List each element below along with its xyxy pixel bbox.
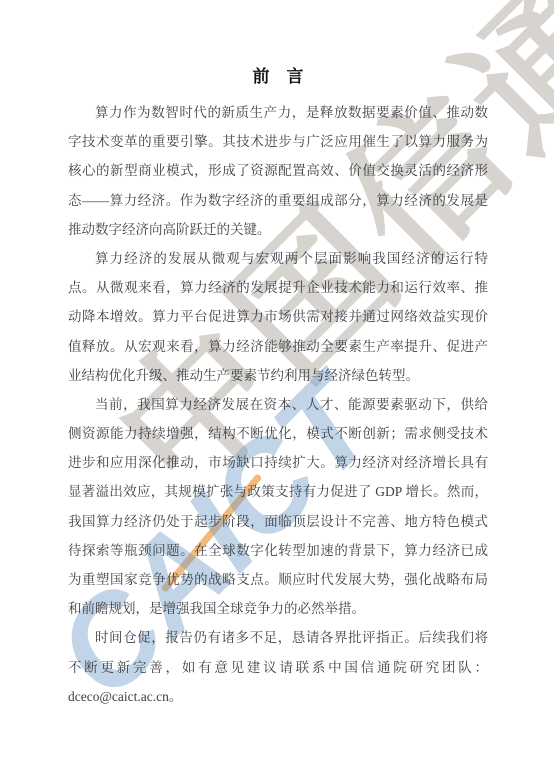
text-line: 点。从微观来看，算力经济的发展提升企业技术能力和运行效率、推 <box>68 273 488 302</box>
text-line: 值释放。从宏观来看，算力经济能够推动全要素生产率提升、促进产 <box>68 332 488 361</box>
text-line: dceco@caict.ac.cn。 <box>68 682 488 711</box>
text-line: 核心的新型商业模式，形成了资源配置高效、价值交换灵活的经济形 <box>68 156 488 185</box>
text-line: 业结构优化升级、推动生产要素节约利用与经济绿色转型。 <box>68 361 488 390</box>
paragraph: 算力经济的发展从微观与宏观两个层面影响我国经济的运行特点。从微观来看，算力经济的… <box>68 244 488 390</box>
text-line: 动降本增效。算力平台促进算力市场供需对接并通过网络效益实现价 <box>68 302 488 331</box>
text-line: 算力作为数智时代的新质生产力，是释放数据要素价值、推动数 <box>68 98 488 127</box>
text-line: 不断更新完善，如有意见建议请联系中国信通院研究团队： <box>68 653 488 682</box>
text-line: 字技术变革的重要引擎。其技术进步与广泛应用催生了以算力服务为 <box>68 127 488 156</box>
text-line: 算力经济的发展从微观与宏观两个层面影响我国经济的运行特 <box>68 244 488 273</box>
page-title: 前 言 <box>68 62 488 87</box>
text-line: 当前，我国算力经济发展在资本、人才、能源要素驱动下，供给 <box>68 390 488 419</box>
body-text: 算力作为数智时代的新质生产力，是释放数据要素价值、推动数字技术变革的重要引擎。其… <box>68 98 488 711</box>
paragraph: 当前，我国算力经济发展在资本、人才、能源要素驱动下，供给侧资源能力持续增强，结构… <box>68 390 488 624</box>
text-line: 待探索等瓶颈问题。在全球数字化转型加速的背景下，算力经济已成 <box>68 536 488 565</box>
text-line: 侧资源能力持续增强，结构不断优化，模式不断创新；需求侧受技术 <box>68 419 488 448</box>
text-line: 时间仓促，报告仍有诸多不足，恳请各界批评指正。后续我们将 <box>68 623 488 652</box>
text-line: 态——算力经济。作为数字经济的重要组成部分，算力经济的发展是 <box>68 186 488 215</box>
text-line: 为重塑国家竞争优势的战略支点。顺应时代发展大势，强化战略布局 <box>68 565 488 594</box>
document-page: 中国信通院 CAICT 前 言 算力作为数智时代的新质生产力，是释放数据要素价值… <box>0 0 554 784</box>
text-line: 进步和应用深化推动，市场缺口持续扩大。算力经济对经济增长具有 <box>68 448 488 477</box>
text-line: 显著溢出效应，其规模扩张与政策支持有力促进了 GDP 增长。然而， <box>68 477 488 506</box>
text-line: 推动数字经济向高阶跃迁的关键。 <box>68 215 488 244</box>
paragraph: 时间仓促，报告仍有诸多不足，恳请各界批评指正。后续我们将不断更新完善，如有意见建… <box>68 623 488 711</box>
text-line: 和前瞻规划，是增强我国全球竞争力的必然举措。 <box>68 594 488 623</box>
paragraph: 算力作为数智时代的新质生产力，是释放数据要素价值、推动数字技术变革的重要引擎。其… <box>68 98 488 244</box>
text-line: 我国算力经济仍处于起步阶段，面临顶层设计不完善、地方特色模式 <box>68 507 488 536</box>
page-content: 前 言 算力作为数智时代的新质生产力，是释放数据要素价值、推动数字技术变革的重要… <box>68 62 488 711</box>
